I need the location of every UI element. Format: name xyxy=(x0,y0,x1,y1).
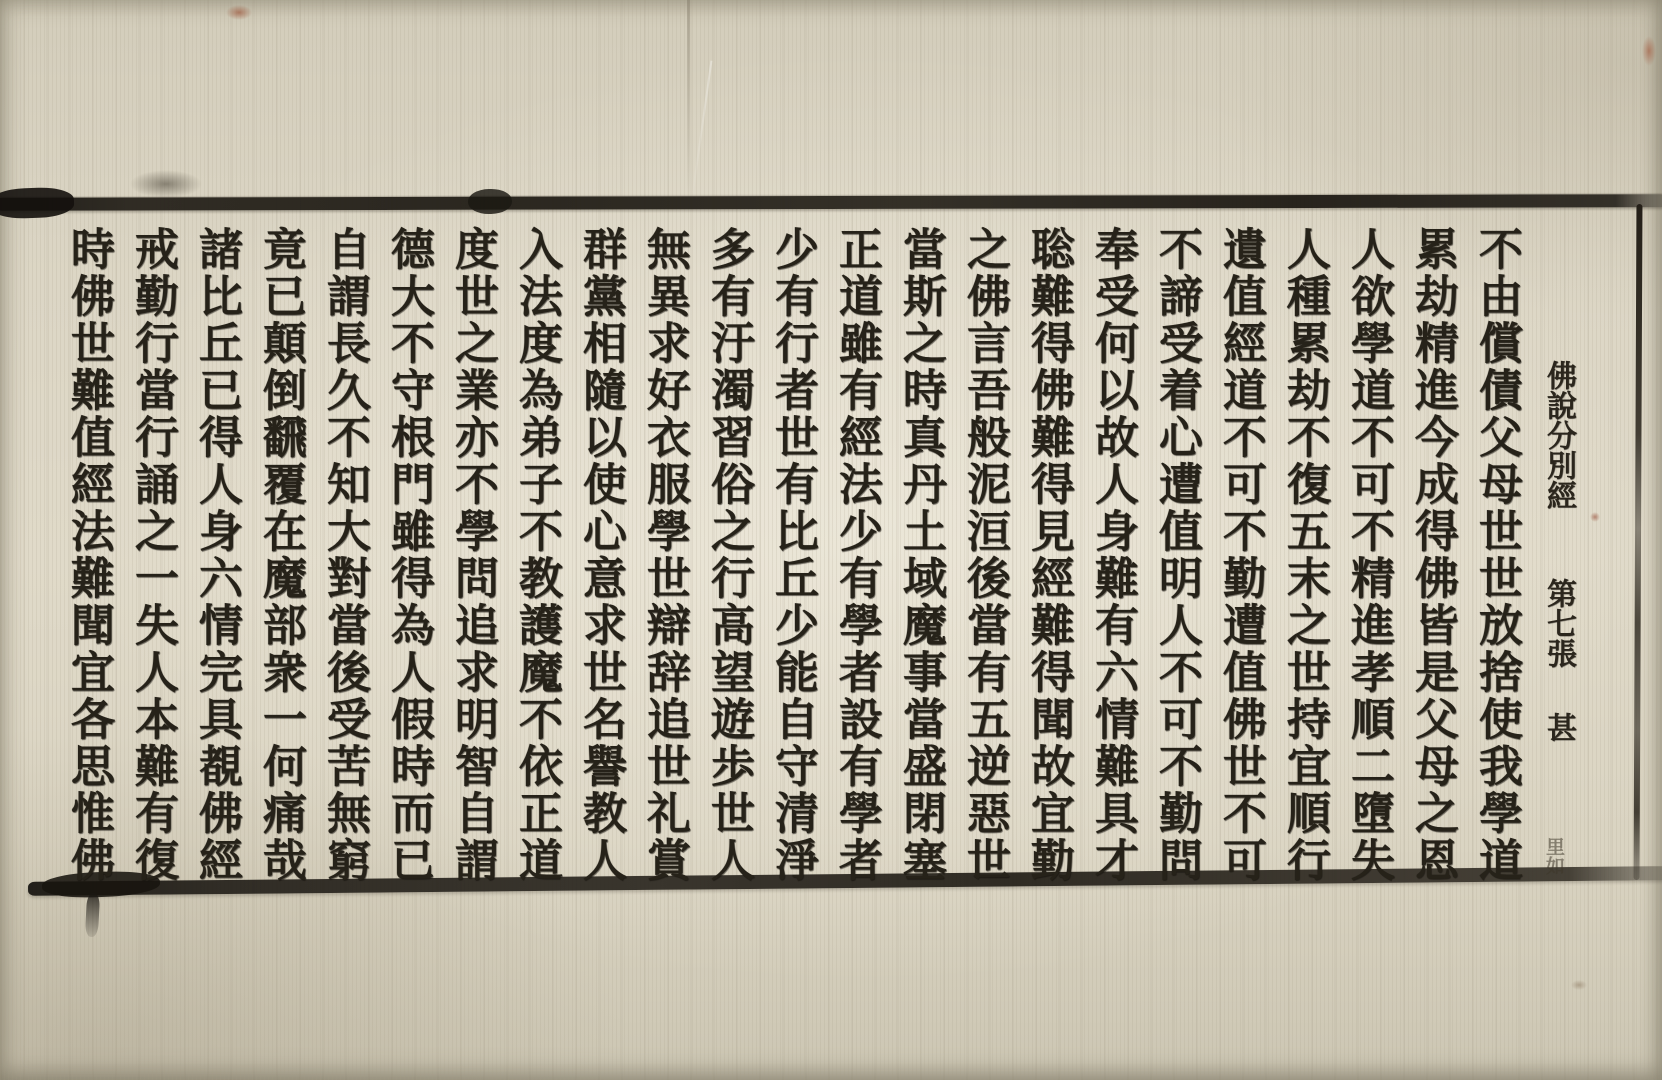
rust-stain xyxy=(1642,36,1656,66)
text-column: 入法度為弟子不教護魔不依正道 xyxy=(504,226,568,888)
case-character: 甚 xyxy=(1534,712,1574,742)
sutra-text-block: 不由償債父母世世放捨使我學道 累劫精進今成得佛皆是父母之恩 人欲學道不可不精進孝… xyxy=(56,226,1528,888)
text-column: 戒勤行當行誦之一失人本難有復 xyxy=(120,226,184,888)
right-border-rule xyxy=(1634,204,1643,880)
sheet-number: 第七張 xyxy=(1534,578,1574,668)
sutra-page-scan: 佛說分別經 第七張 甚 里如 不由償債父母世世放捨使我學道 累劫精進今成得佛皆是… xyxy=(0,0,1662,1080)
top-rule-ink-blob xyxy=(468,189,512,215)
rust-stain xyxy=(226,5,252,20)
text-column: 德大不守根門雖得為人假時而已 xyxy=(376,226,440,888)
text-column: 度世之業亦不學問追求明智自謂 xyxy=(440,226,504,888)
text-column: 人欲學道不可不精進孝順二墮失 xyxy=(1336,226,1400,888)
text-column: 無異求好衣服學世辯辞追世礼賞 xyxy=(632,226,696,888)
top-rule-left-cap xyxy=(0,187,74,220)
bottom-rule-tail-mark xyxy=(85,893,100,938)
text-column: 群黨相隨以使心意求世名譽教人 xyxy=(568,226,632,888)
rust-stain xyxy=(1571,980,1587,990)
text-column: 不由償債父母世世放捨使我學道 xyxy=(1464,226,1528,888)
text-column: 多有汙濁習俗之行高望遊歩世人 xyxy=(696,226,760,888)
text-column: 遺值經道不可不勤遭值佛世不可 xyxy=(1208,226,1272,888)
text-column: 奉受何以故人身難有六情難具才 xyxy=(1080,226,1144,888)
text-column: 正道雖有經法少有學者設有學者 xyxy=(824,226,888,888)
text-column: 竟已顛倒飜覆在魔部衆一何痛哉 xyxy=(248,226,312,888)
text-column: 時佛世難值經法難聞宜各思惟佛 xyxy=(56,226,120,888)
text-column: 累劫精進今成得佛皆是父母之恩 xyxy=(1400,226,1464,888)
faint-ink-mark: 里如 xyxy=(1540,837,1564,875)
sutra-title: 佛說分別經 xyxy=(1534,360,1574,510)
text-column: 聡難得佛難得見經難得聞故宜勤 xyxy=(1016,226,1080,888)
text-column: 自謂長久不知大對當後受苦無窮 xyxy=(312,226,376,888)
text-column: 當斯之時真丹土域魔事當盛閉塞 xyxy=(888,226,952,888)
rust-stain xyxy=(1590,512,1600,522)
text-column: 不諦受着心遭值明人不可不勤問 xyxy=(1144,226,1208,888)
top-border-rule xyxy=(0,194,1662,210)
top-rule-smudge xyxy=(130,170,202,198)
text-column: 人種累劫不復五末之世持宜順行 xyxy=(1272,226,1336,888)
text-column: 少有行者世有比丘少能自守清淨 xyxy=(760,226,824,888)
text-column: 之佛言吾般泥洹後當有五逆惡世 xyxy=(952,226,1016,888)
paper-crease xyxy=(687,0,690,205)
text-column: 諸比丘已得人身六情完具覩佛經 xyxy=(184,226,248,888)
paper-crease xyxy=(690,61,713,210)
